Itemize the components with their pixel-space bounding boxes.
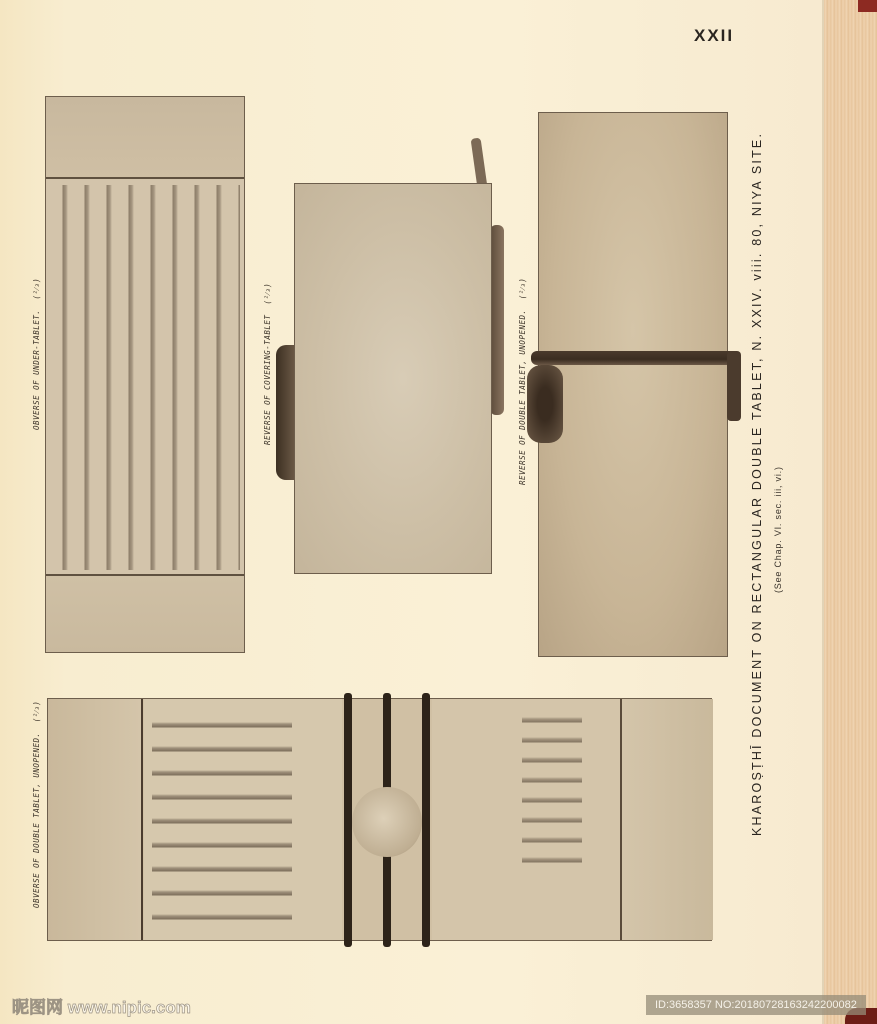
tablet-blank-band-top xyxy=(46,97,244,179)
book-page-edges xyxy=(822,0,877,1024)
under-tablet-photo xyxy=(45,96,245,653)
book-cover-corner-top xyxy=(858,0,877,12)
tablet-end-right xyxy=(620,699,713,940)
binding-string xyxy=(531,351,736,365)
figure-label-text: REVERSE OF COVERING-TABLET xyxy=(263,315,272,445)
figure-label-text: OBVERSE OF DOUBLE TABLET, UNOPENED. xyxy=(32,732,41,908)
figure-label-under-tablet: OBVERSE OF UNDER-TABLET. (²⁄₃) xyxy=(32,278,41,430)
kharosthi-script-lines xyxy=(152,707,292,932)
covering-tablet-photo xyxy=(294,183,492,574)
string-groove xyxy=(344,693,352,947)
tablet-blank-band-bottom xyxy=(46,574,244,652)
string-groove xyxy=(422,693,430,947)
figure-label-covering-tablet: REVERSE OF COVERING-TABLET (²⁄₃) xyxy=(263,283,272,445)
figure-scale: (²⁄₃) xyxy=(263,283,272,305)
plate-caption-reference: (See Chap. VI. sec. iii, vi.) xyxy=(773,466,783,593)
watermark-id-label: ID:3658357 NO:20180728163242200082 xyxy=(646,995,866,1015)
string-knot-right xyxy=(727,351,741,421)
figure-scale: (²⁄₃) xyxy=(32,701,41,723)
tablet-address-panel xyxy=(432,699,622,940)
kharosthi-script-lines xyxy=(52,185,240,570)
figure-scale: (²⁄₃) xyxy=(32,278,41,300)
string-cord-right xyxy=(490,225,504,415)
plate-number: XXII xyxy=(694,26,734,46)
plate-caption-title: KHAROṢṬHĪ DOCUMENT ON RECTANGULAR DOUBLE… xyxy=(750,132,764,836)
figure-label-double-tablet-reverse: REVERSE OF DOUBLE TABLET, UNOPENED. (²⁄₃… xyxy=(518,278,527,485)
figure-label-text: OBVERSE OF UNDER-TABLET. xyxy=(32,310,41,430)
tablet-script-panel xyxy=(144,699,342,940)
double-tablet-reverse-photo xyxy=(538,112,728,657)
tablet-end-left xyxy=(48,699,143,940)
kharosthi-address-line xyxy=(522,717,582,877)
watermark-site-logo: 昵图网 www.nipic.com xyxy=(12,993,191,1018)
string-cord-left xyxy=(276,345,296,480)
figure-label-text: REVERSE OF DOUBLE TABLET, UNOPENED. xyxy=(518,309,527,485)
figure-scale: (²⁄₃) xyxy=(518,278,527,300)
figure-label-double-tablet-obverse: OBVERSE OF DOUBLE TABLET, UNOPENED. (²⁄₃… xyxy=(32,701,41,908)
clay-seal xyxy=(352,787,422,857)
double-tablet-obverse-photo xyxy=(47,698,712,941)
seal-socket xyxy=(342,699,432,940)
string-knot xyxy=(527,365,563,443)
